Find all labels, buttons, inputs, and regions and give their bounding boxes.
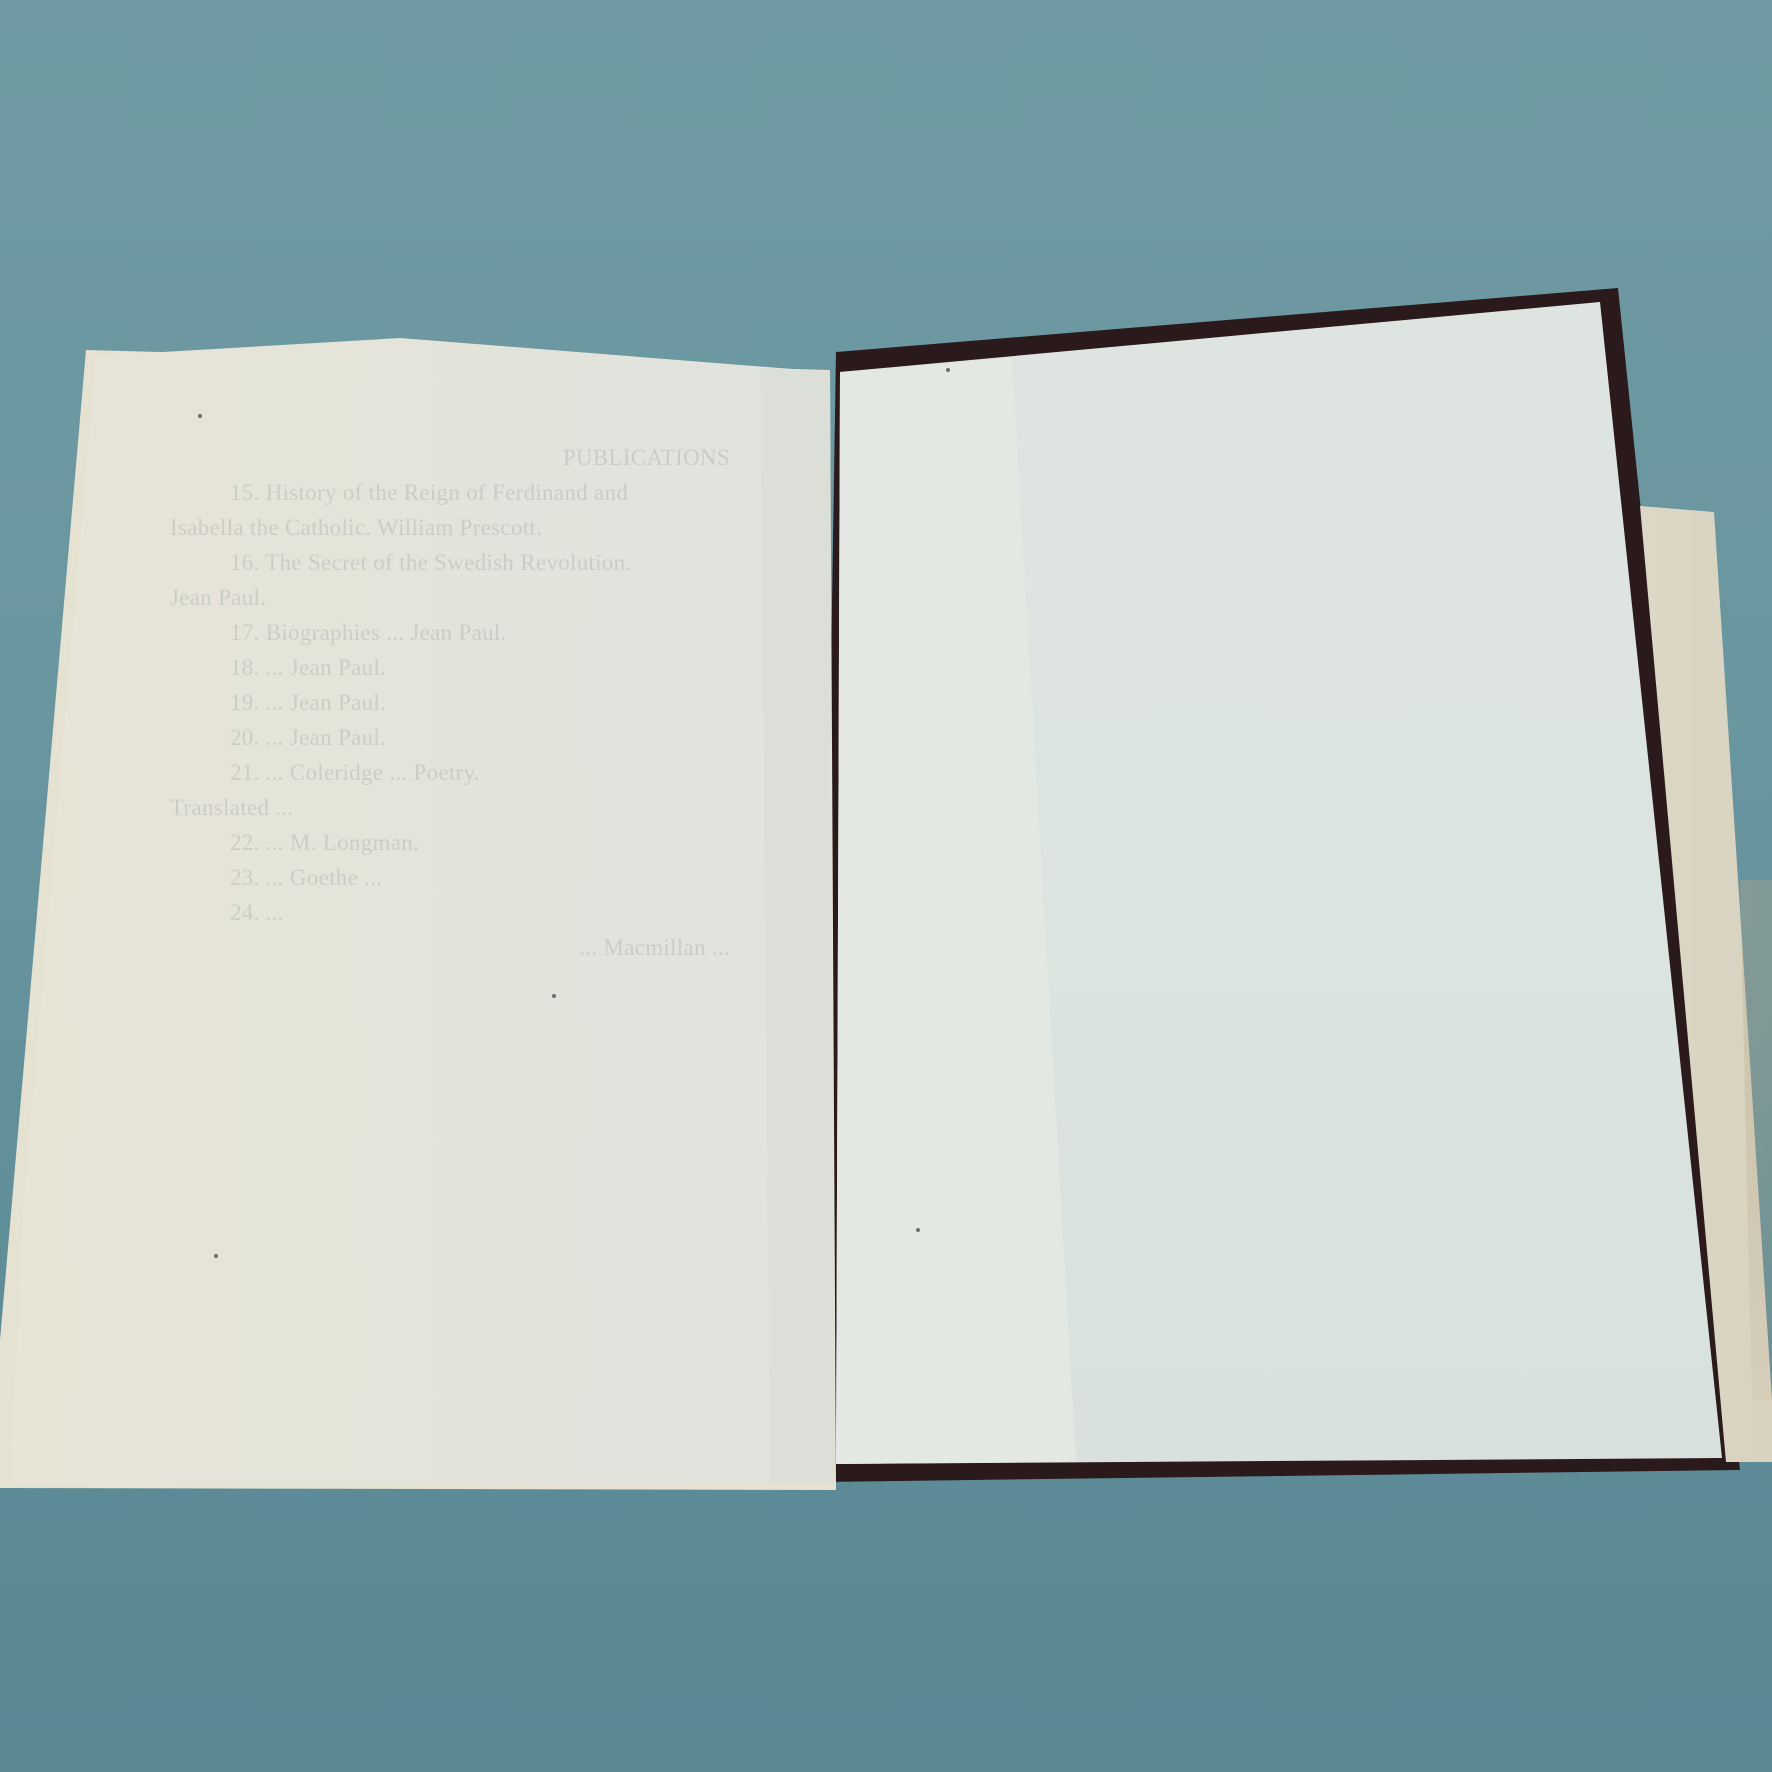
show-through-text: PUBLICATIONS 15. History of the Reign of… bbox=[170, 440, 730, 965]
ghost-line: ... Macmillan ... bbox=[170, 930, 730, 965]
paper-speck bbox=[946, 368, 950, 372]
paper-speck bbox=[916, 1228, 920, 1232]
paper-speck bbox=[552, 994, 556, 998]
ghost-line: 22. ... M. Longman. bbox=[170, 825, 730, 860]
ghost-line: PUBLICATIONS bbox=[170, 440, 730, 475]
paper-speck bbox=[214, 1254, 218, 1258]
ghost-line: 16. The Secret of the Swedish Revolution… bbox=[170, 545, 730, 580]
ghost-line: 21. ... Coleridge ... Poetry. bbox=[170, 755, 730, 790]
ghost-line: Isabella the Catholic. William Prescott. bbox=[170, 510, 730, 545]
ghost-line: 18. ... Jean Paul. bbox=[170, 650, 730, 685]
ghost-line: 15. History of the Reign of Ferdinand an… bbox=[170, 475, 730, 510]
paper-speck bbox=[198, 414, 202, 418]
ghost-line: Jean Paul. bbox=[170, 580, 730, 615]
ghost-line: 23. ... Goethe ... bbox=[170, 860, 730, 895]
ghost-line: 19. ... Jean Paul. bbox=[170, 685, 730, 720]
ghost-line: Translated ... bbox=[170, 790, 730, 825]
ghost-line: 20. ... Jean Paul. bbox=[170, 720, 730, 755]
ghost-line: 17. Biographies ... Jean Paul. bbox=[170, 615, 730, 650]
ghost-line: 24. ... bbox=[170, 895, 730, 930]
